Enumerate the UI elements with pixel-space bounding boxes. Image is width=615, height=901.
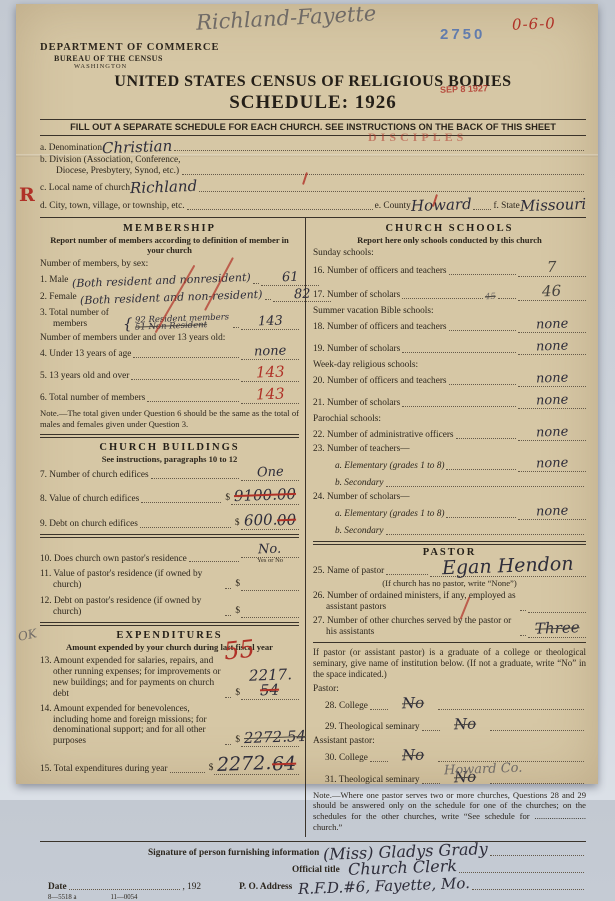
summer-schools-heading: Summer vacation Bible schools: xyxy=(313,306,586,316)
agency-block: DEPARTMENT OF COMMERCE BUREAU OF THE CEN… xyxy=(40,42,586,71)
membership-subtitle: Report number of members according to de… xyxy=(46,235,293,256)
question-29: 29. Theological seminary No xyxy=(313,718,586,733)
question-24a: a. Elementary (grades 1 to 8) none xyxy=(313,506,586,520)
question-13-running-expenses: 13. Amount expended for salaries, repair… xyxy=(40,656,299,700)
question-9-debt: 9. Debt on church edifices $ 600.00 xyxy=(40,514,299,530)
denomination-value: Christian xyxy=(102,139,173,154)
buildings-subtitle: See instructions, paragraphs 10 to 12 xyxy=(46,454,293,464)
question-15-total-expenditures: 15. Total expenditures during year $ 227… xyxy=(40,756,299,775)
dotted-leader xyxy=(199,189,584,192)
sex-heading: Number of members, by sex: xyxy=(40,259,299,269)
section-divider xyxy=(313,541,586,545)
q17-answer: 46 xyxy=(518,285,586,301)
question-30: 30. College No xyxy=(313,749,586,764)
red-55-annotation: 55 xyxy=(223,638,256,661)
form-title: UNITED STATES CENSUS OF RELIGIOUS BODIES xyxy=(40,73,586,91)
form-subtitle: SCHEDULE: 1926 xyxy=(40,92,586,114)
question-7-edifices: 7. Number of church edifices One xyxy=(40,467,299,481)
question-24: 24. Number of scholars— xyxy=(313,492,586,503)
q8-answer: 9100.00 xyxy=(231,489,299,505)
question-28: 28. College No xyxy=(313,697,586,712)
bureau-city: WASHINGTON xyxy=(40,63,586,70)
section-divider xyxy=(40,434,299,438)
q3-handwritten-breakdown: 92 Resident members 51 Non Resident xyxy=(135,316,229,330)
identification-fields: a. Denomination Christian b. Division (A… xyxy=(40,141,586,212)
pastor-note: Note.—Where one pastor serves two or mor… xyxy=(313,790,586,800)
q2-answer: 82 xyxy=(273,289,331,303)
margin-r-annotation: R xyxy=(19,184,35,206)
field-city-county-state: d. City, town, village, or township, etc… xyxy=(40,199,586,212)
membership-note: Note.—The total given under Question 6 s… xyxy=(40,408,299,429)
dotted-leader xyxy=(174,148,584,151)
q11-answer xyxy=(241,590,299,591)
division-label: b. Division (Association, Conference, Di… xyxy=(40,155,180,177)
q26-answer xyxy=(528,612,586,613)
q1-answer: 61 xyxy=(261,272,319,286)
q28-answer: No xyxy=(390,697,436,712)
question-25: 25. Name of pastor Egan Hendon xyxy=(313,558,586,577)
q27-answer: Three xyxy=(528,622,586,638)
question-23b: b. Secondary xyxy=(313,478,586,489)
number-stamp: 2750 xyxy=(440,26,485,43)
q22-answer: none xyxy=(518,427,586,441)
q10-answer: No. Yes or No xyxy=(241,544,299,564)
q3-answer: 143 xyxy=(241,316,299,330)
received-date-stamp: SEP 8 1927 xyxy=(440,83,488,95)
city-label: d. City, town, village, or township, etc… xyxy=(40,201,185,212)
q6-answer: 143 xyxy=(241,388,299,404)
question-19: 19. Number of scholars none xyxy=(313,341,586,355)
expenditures-title: EXPENDITURES xyxy=(40,630,299,641)
bureau-name: BUREAU OF THE CENSUS xyxy=(40,54,586,63)
q12-answer xyxy=(241,617,299,618)
question-22: 22. Number of administrative officers no… xyxy=(313,427,586,441)
question-16: 16. Number of officers and teachers 7 xyxy=(313,261,586,277)
assistant-pastor-heading: Assistant pastor: xyxy=(313,736,586,746)
q15-answer: 2272.64 xyxy=(214,756,299,775)
section-divider xyxy=(40,622,299,626)
q5-answer: 143 xyxy=(241,366,299,382)
q16-answer: 7 xyxy=(518,261,586,277)
q7-answer: One xyxy=(241,467,299,481)
state-value: Missouri xyxy=(520,198,587,213)
margin-ok-annotation: OK xyxy=(17,628,38,642)
parochial-schools-heading: Parochial schools: xyxy=(313,414,586,424)
dotted-leader xyxy=(473,207,491,210)
question-21: 21. Number of scholars none xyxy=(313,395,586,409)
denomination-label: a. Denomination xyxy=(40,143,102,154)
dotted-leader xyxy=(187,207,373,210)
form-content: DEPARTMENT OF COMMERCE BUREAU OF THE CEN… xyxy=(16,4,598,784)
q4-answer: none xyxy=(241,346,299,360)
q18-answer: none xyxy=(518,319,586,333)
yes-or-no-note: Yes or No xyxy=(257,558,283,565)
age-heading: Number of members under and over 13 year… xyxy=(40,333,299,343)
q17-erased-value: 45 xyxy=(485,294,496,302)
question-27: 27. Number of other churches served by t… xyxy=(313,616,586,638)
expenditures-subtitle: Amount expended by your church during la… xyxy=(46,642,293,652)
left-column: MEMBERSHIP Report number of members acco… xyxy=(40,218,306,800)
q23a-answer: none xyxy=(518,458,586,472)
question-17: 17. Number of scholars 45 46 xyxy=(313,285,586,301)
question-23a: a. Elementary (grades 1 to 8) none xyxy=(313,458,586,472)
field-division: b. Division (Association, Conference, Di… xyxy=(40,155,586,177)
q24a-answer: none xyxy=(518,506,586,520)
state-label: f. State xyxy=(493,201,519,212)
local-name-label: c. Local name of church xyxy=(40,183,130,194)
county-value: Howard xyxy=(411,198,472,213)
q25-note: (If church has no pastor, write “None”) xyxy=(319,578,580,588)
membership-title: MEMBERSHIP xyxy=(40,223,299,234)
q20-answer: none xyxy=(518,373,586,387)
red-code-annotation: 0-6-0 xyxy=(512,17,556,31)
question-8-value: 8. Value of church edifices $ 9100.00 xyxy=(40,489,299,505)
q21-answer: none xyxy=(518,395,586,409)
buildings-title: CHURCH BUILDINGS xyxy=(40,442,299,453)
scanned-form-paper: DEPARTMENT OF COMMERCE BUREAU OF THE CEN… xyxy=(16,4,598,784)
question-4-under13: 4. Under 13 years of age none xyxy=(40,346,299,360)
form-body-columns: MEMBERSHIP Report number of members acco… xyxy=(40,217,586,800)
question-5-over13: 5. 13 years old and over 143 xyxy=(40,366,299,382)
local-name-value: Richland xyxy=(130,180,198,195)
instruction-banner: FILL OUT A SEPARATE SCHEDULE FOR EACH CH… xyxy=(40,119,586,136)
question-11-residence-value: 11. Value of pastor's residence (if owne… xyxy=(40,569,299,591)
question-3-total: 3. Total number of members { 92 Resident… xyxy=(40,308,299,330)
question-26: 26. Number of ordained ministers, if any… xyxy=(313,591,586,613)
department-name: DEPARTMENT OF COMMERCE xyxy=(40,42,586,54)
q29-answer: No xyxy=(442,718,488,733)
question-23: 23. Number of teachers— xyxy=(313,444,586,455)
q13-answer: 2217.54 xyxy=(241,669,299,700)
q30-answer: No xyxy=(390,749,436,764)
question-10-own-residence: 10. Does church own pastor's residence N… xyxy=(40,544,299,564)
field-denomination: a. Denomination Christian xyxy=(40,141,586,154)
question-1-male: 1. Male (Both resident and nonresident) … xyxy=(40,272,299,286)
q25-answer: Egan Hendon xyxy=(430,558,586,577)
question-6-total: 6. Total number of members 143 xyxy=(40,388,299,404)
question-18: 18. Number of officers and teachers none xyxy=(313,319,586,333)
question-2-female: 2. Female (Both resident and non-residen… xyxy=(40,289,299,303)
graduate-note: If pastor (or assistant pastor) is a gra… xyxy=(313,647,586,681)
q9-answer: 600.00 xyxy=(241,514,300,530)
pencil-county-annotation: Howard Co. xyxy=(444,763,523,777)
q19-answer: none xyxy=(518,341,586,355)
schools-title: CHURCH SCHOOLS xyxy=(313,223,586,234)
weekday-schools-heading: Week-day religious schools: xyxy=(313,360,586,370)
question-20: 20. Number of officers and teachers none xyxy=(313,373,586,387)
handwritten-brace: { xyxy=(123,317,133,330)
right-column: CHURCH SCHOOLS Report here only schools … xyxy=(306,218,586,800)
question-14-benevolences: 14. Amount expended for benevolences, in… xyxy=(40,704,299,748)
sunday-schools-heading: Sunday schools: xyxy=(313,248,586,258)
dotted-leader xyxy=(182,172,584,175)
pastor-heading: Pastor: xyxy=(313,684,586,694)
q14-answer: 2272.54 xyxy=(241,731,299,747)
field-local-name: c. Local name of church Richland xyxy=(40,181,586,194)
county-label: e. County xyxy=(375,201,411,212)
schools-subtitle: Report here only schools conducted by th… xyxy=(319,235,580,245)
question-12-residence-debt: 12. Debt on pastor's residence (if owned… xyxy=(40,596,299,618)
rule xyxy=(313,642,586,643)
disciples-stamp: DISCIPLES xyxy=(368,130,467,145)
question-24b: b. Secondary xyxy=(313,526,586,537)
section-divider xyxy=(40,534,299,538)
